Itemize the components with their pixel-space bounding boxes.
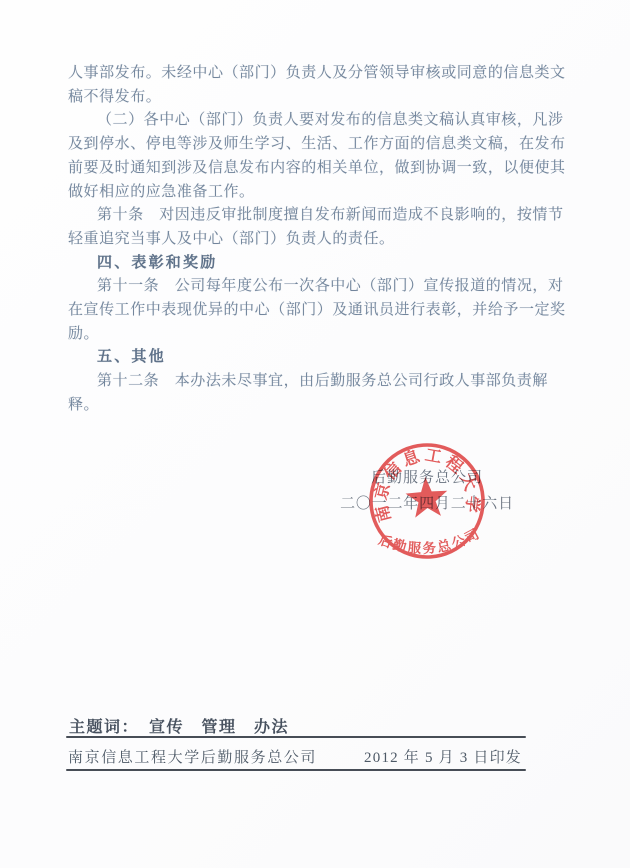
seal-bottom-text: 后勤服务总公司 (376, 524, 485, 559)
body-line: 第十二条 本办法未尽事宜，由后勤服务总公司行政人事部负责解 (68, 370, 568, 394)
body-line: 第十一条 公司每年度公布一次各中心（部门）宣传报道的情况，对 (68, 275, 568, 299)
body-line: 第十条 对因违反审批制度擅自发布新闻而造成不良影响的，按情节 (68, 204, 568, 228)
body-line: 在宣传工作中表现优异的中心（部门）及通讯员进行表彰，并给予一定奖 (68, 299, 568, 323)
body-line: 稿不得发布。 (68, 86, 568, 110)
seal-star-icon (404, 476, 448, 519)
official-seal: 南京信息工程大学 后勤服务总公司 (342, 416, 513, 587)
body-line: 释。 (68, 394, 568, 418)
section-heading-other: 五、其他 (68, 346, 568, 370)
body-line: （二）各中心（部门）负责人要对发布的信息类文稿认真审核，凡涉 (68, 109, 568, 133)
body-line: 轻重追究当事人及中心（部门）负责人的责任。 (68, 228, 568, 252)
body-line: 人事部发布。未经中心（部门）负责人及分管领导审核或同意的信息类文 (68, 62, 568, 86)
subject-keywords: 宣传 管理 办法 (149, 719, 289, 736)
body-line: 及到停水、停电等涉及师生学习、生活、工作方面的信息类文稿，在发布 (68, 133, 568, 157)
subject-keywords-row: 主题词：宣传 管理 办法 (69, 714, 525, 737)
scanned-document-page: 人事部发布。未经中心（部门）负责人及分管领导审核或同意的信息类文 稿不得发布。 … (0, 0, 630, 868)
body-line: 励。 (68, 323, 568, 347)
document-body: 人事部发布。未经中心（部门）负责人及分管领导审核或同意的信息类文 稿不得发布。 … (68, 62, 568, 418)
section-heading-rewards: 四、表彰和奖励 (68, 252, 568, 276)
svg-text:后勤服务总公司: 后勤服务总公司 (376, 524, 485, 559)
body-line: 做好相应的应急准备工作。 (68, 181, 568, 205)
issuer-name: 南京信息工程大学后勤服务总公司 (68, 746, 317, 767)
subject-label: 主题词： (69, 719, 139, 736)
print-date: 2012 年 5 月 3 日印发 (364, 746, 522, 767)
issuer-row: 南京信息工程大学后勤服务总公司 2012 年 5 月 3 日印发 (68, 746, 522, 767)
divider-line-bottom (66, 769, 526, 771)
body-line: 前要及时通知到涉及信息发布内容的相关单位，做到协调一致，以便使其 (68, 157, 568, 181)
divider-line-top (66, 736, 526, 738)
